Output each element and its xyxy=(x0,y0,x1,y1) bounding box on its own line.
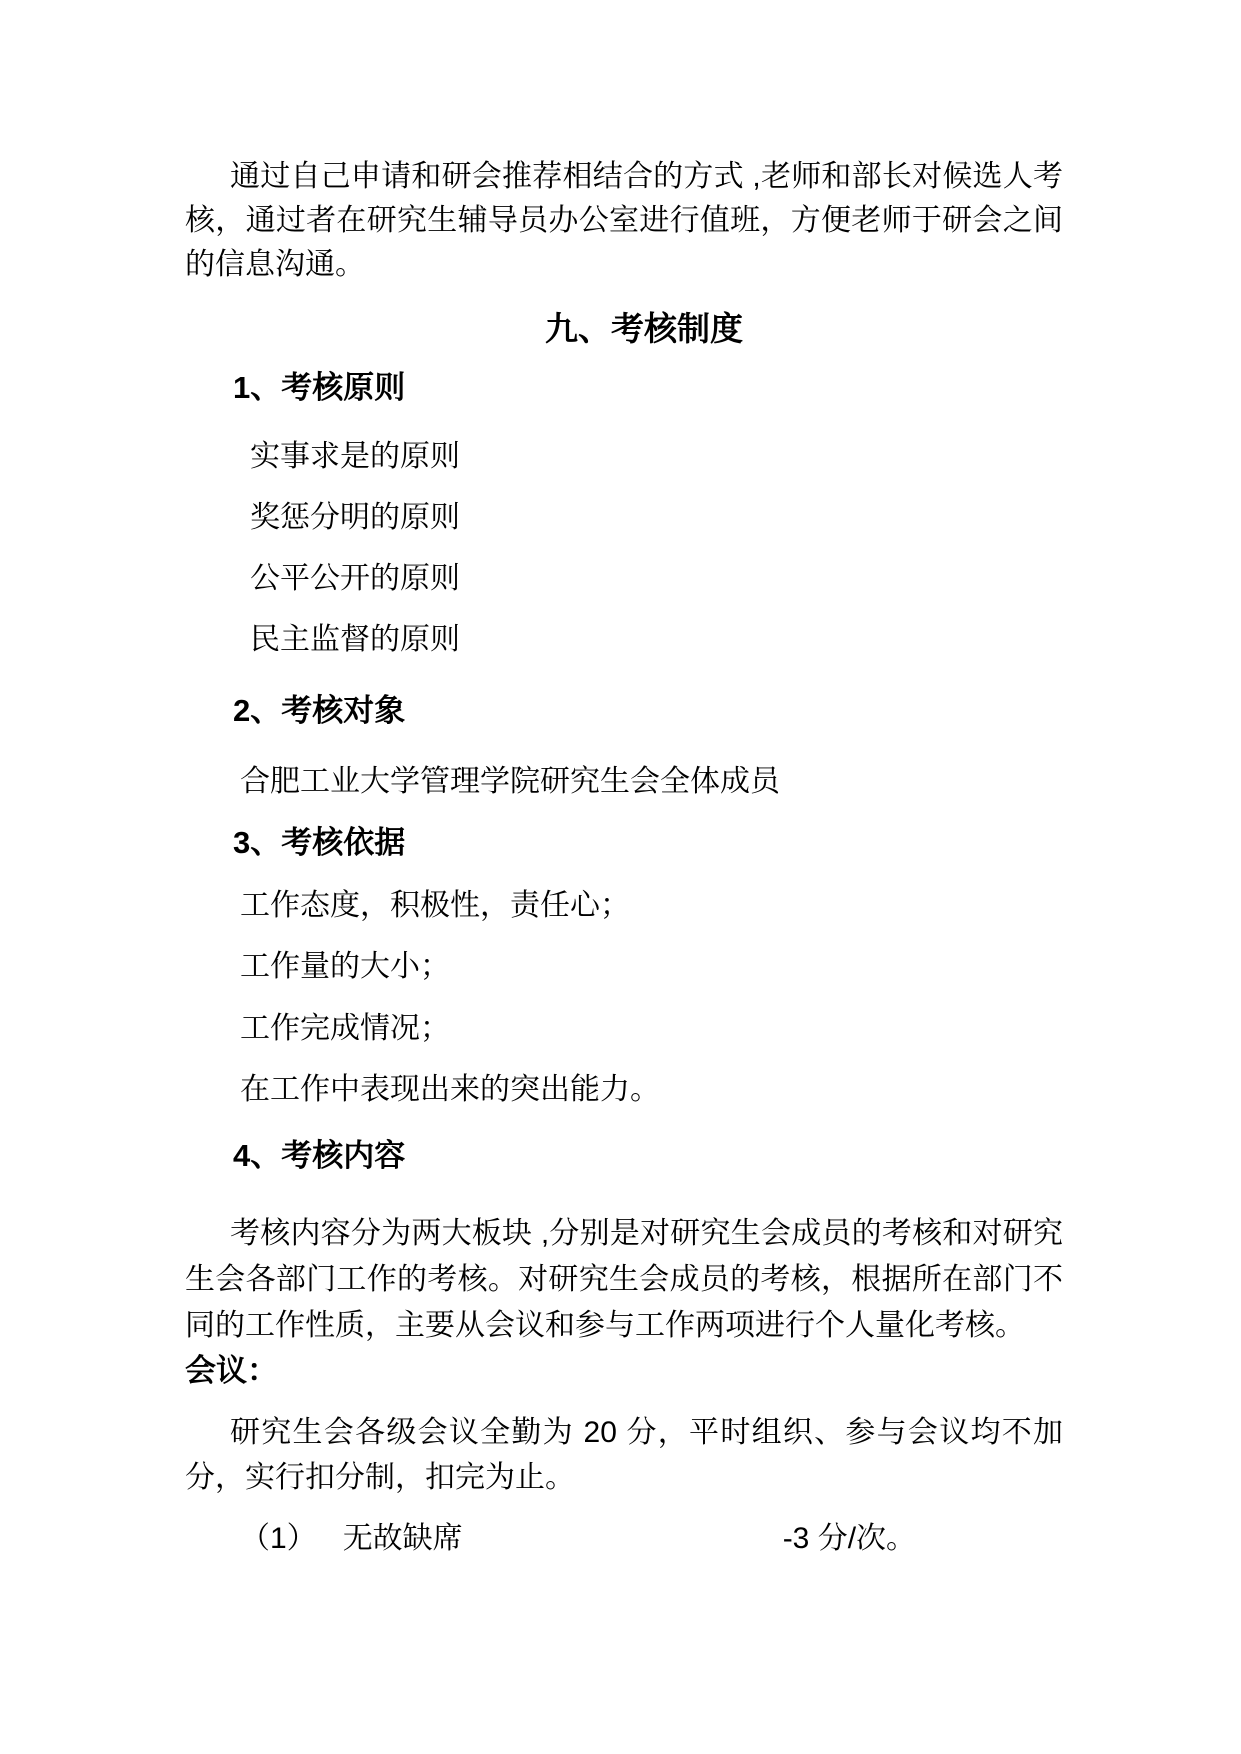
basis-item: 工作态度，积极性，责任心； xyxy=(185,888,1063,924)
document-page: 通过自己申请和研会推荐相结合的方式 ,老师和部长对候选人考核，通过者在研究生辅导… xyxy=(0,0,1241,1754)
principle-item: 民主监督的原则 xyxy=(185,622,1063,658)
assessment-content-paragraph: 考核内容分为两大板块 ,分别是对研究生会成员的考核和对研究生会各部门工作的考核。… xyxy=(185,1211,1063,1349)
penalty-line: （1）无故缺席-3 分/次。 xyxy=(185,1521,1063,1557)
penalty-name: 无故缺席 xyxy=(343,1522,463,1555)
principle-item: 实事求是的原则 xyxy=(185,439,1063,475)
principle-item: 公平公开的原则 xyxy=(185,561,1063,597)
principle-item: 奖惩分明的原则 xyxy=(185,500,1063,536)
penalty-index: （1） xyxy=(240,1522,317,1555)
heading-assessment-targets: 2、考核对象 xyxy=(185,692,1063,730)
target-item: 合肥工业大学管理学院研究生会全体成员 xyxy=(185,764,1063,800)
penalty-score: -3 分/次。 xyxy=(783,1522,916,1555)
meeting-paragraph: 研究生会各级会议全勤为 20 分，平时组织、参与会议均不加分，实行扣分制，扣完为… xyxy=(185,1410,1063,1500)
intro-paragraph: 通过自己申请和研会推荐相结合的方式 ,老师和部长对候选人考核，通过者在研究生辅导… xyxy=(185,155,1063,287)
heading-assessment-principles: 1、考核原则 xyxy=(185,369,1063,407)
basis-item: 在工作中表现出来的突出能力。 xyxy=(185,1072,1063,1108)
basis-item: 工作量的大小； xyxy=(185,949,1063,985)
chapter-title: 九、考核制度 xyxy=(185,309,1063,349)
document-content: 通过自己申请和研会推荐相结合的方式 ,老师和部长对候选人考核，通过者在研究生辅导… xyxy=(185,0,1063,1557)
heading-assessment-basis: 3、考核依据 xyxy=(185,824,1063,862)
heading-assessment-content: 4、考核内容 xyxy=(185,1137,1063,1175)
basis-item: 工作完成情况； xyxy=(185,1011,1063,1047)
meeting-label: 会议： xyxy=(185,1352,1063,1390)
